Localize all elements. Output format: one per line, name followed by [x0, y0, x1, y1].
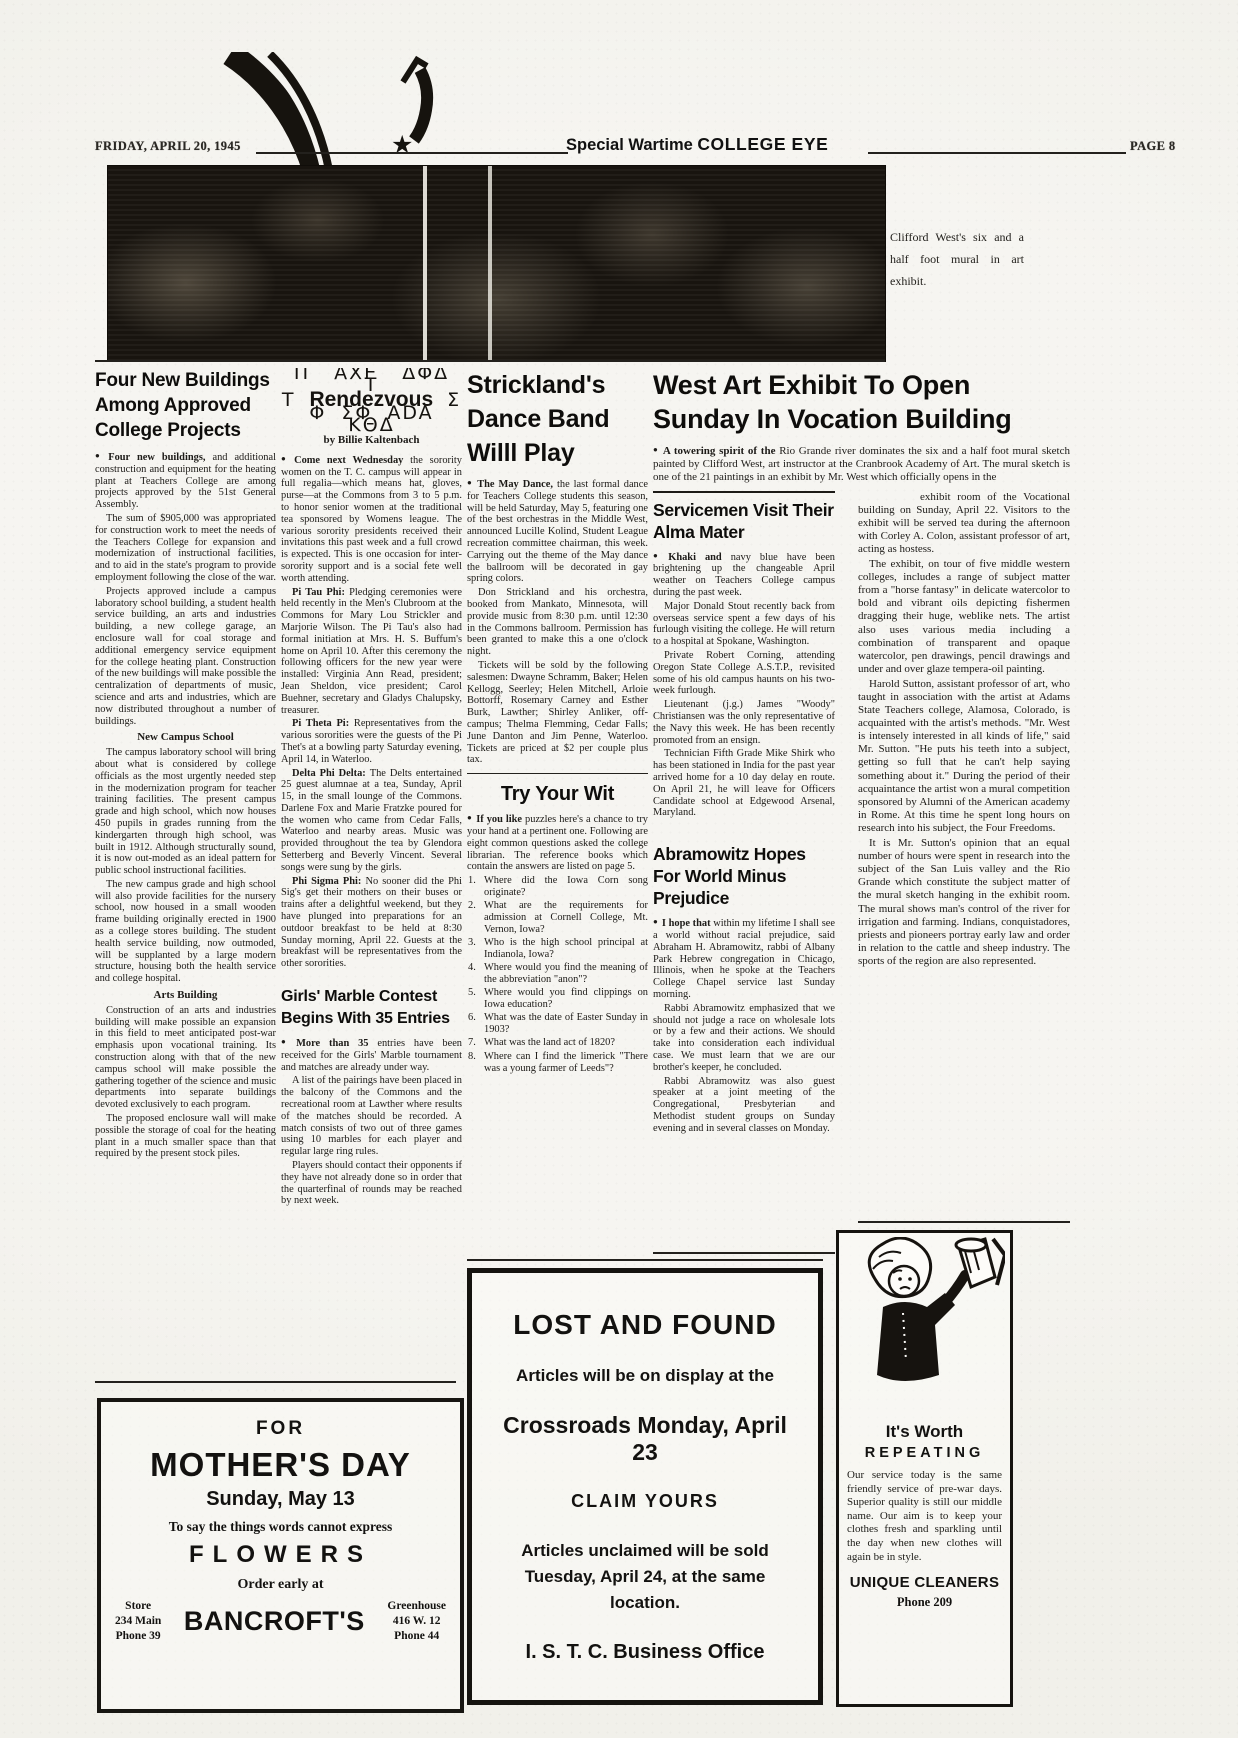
paragraph: Pi Theta Pi: Representatives from the va…: [281, 718, 462, 765]
paragraph: Private Robert Corning, attending Oregon…: [653, 650, 835, 697]
article-headline: Four New Buildings Among Approved Colleg…: [95, 368, 276, 443]
ad-bancrofts-mothers-day: FOR MOTHER'S DAY Sunday, May 13 To say t…: [97, 1398, 464, 1713]
header-rule-right: [868, 152, 1126, 154]
paragraph: Rabbi Abramowitz was also guest speaker …: [653, 1076, 835, 1135]
sub-column-left: Servicemen Visit Their Alma Mater ●Khaki…: [653, 491, 835, 1137]
bullet-icon: ●: [281, 454, 290, 463]
greek-line-3: Φ ΣΦ ADA ΚΘΔ: [281, 408, 462, 432]
bullet-icon: ●: [467, 478, 473, 487]
question-item: What was the date of Easter Sunday in 19…: [467, 1012, 648, 1036]
ad-headline: LOST AND FOUND: [492, 1309, 798, 1341]
paragraph: The new campus grade and high school wil…: [95, 879, 276, 985]
article-headline-marble: Girls' Marble Contest Begins With 35 Ent…: [281, 986, 462, 1029]
greek-letter-left: Τ: [282, 395, 296, 407]
page-number: PAGE 8: [1130, 139, 1176, 154]
paragraph: ●Come next Wednesday the sorority women …: [281, 453, 462, 585]
paragraph: A list of the pairings have been placed …: [281, 1075, 462, 1158]
paragraph: ●I hope that within my lifetime I shall …: [653, 916, 835, 1001]
ad-greenhouse-info: Greenhouse 416 W. 12 Phone 44: [387, 1599, 446, 1644]
ad-body: Our service today is the same friendly s…: [847, 1469, 1002, 1564]
article-west-exhibit: West Art Exhibit To Open Sunday In Vocat…: [653, 368, 1070, 1248]
mural-photo: [108, 166, 885, 361]
article-headline-wit: Try Your Wit: [467, 782, 648, 806]
ad-product: FLOWERS: [101, 1541, 460, 1569]
column-end-rule: [95, 1381, 456, 1383]
bullet-icon: ●: [653, 551, 664, 560]
ad-phone: Phone 209: [847, 1595, 1002, 1610]
paragraph: ●If you like puzzles here's a chance to …: [467, 812, 648, 873]
paragraph: Major Donald Stout recently back from ov…: [653, 601, 835, 648]
ad-line: Crossroads Monday, April 23: [492, 1412, 798, 1466]
sub-column-right: exhibit room of the Vocational building …: [858, 491, 1070, 1137]
paragraph: Phi Sigma Phi: No sooner did the Phi Sig…: [281, 876, 462, 970]
paragraph: Don Strickland and his orchestra, booked…: [467, 587, 648, 658]
sorority-letters: Π ΑΧΕ ΔΦΔ Τ Τ Rendezvous Σ Φ ΣΦ ADA ΚΘΔ: [281, 368, 462, 432]
paragraph: The sum of $905,000 was appropriated for…: [95, 513, 276, 584]
photo-caption: Clifford West's six and a half foot mura…: [890, 226, 1024, 292]
paragraph: ●The May Dance, the last formal dance fo…: [467, 477, 648, 585]
paragraph: The campus laboratory school will bring …: [95, 747, 276, 877]
masthead-kicker: Special Wartime: [566, 136, 693, 154]
bullet-icon: ●: [281, 1037, 292, 1046]
question-list: Where did the Iowa Corn song originate? …: [467, 875, 648, 1074]
question-item: Who is the high school principal at Indi…: [467, 937, 648, 961]
paragraph: ●Four new buildings, and additional cons…: [95, 450, 276, 511]
question-item: What are the requirements for admission …: [467, 900, 648, 935]
ad-tagline: To say the things words cannot express: [101, 1519, 460, 1535]
section-rule: [467, 773, 648, 774]
ad-store-info: Store 234 Main Phone 39: [115, 1599, 161, 1644]
ad-kicker: FOR: [101, 1418, 460, 1440]
column-end-rule: [467, 1259, 823, 1261]
paragraph: Tickets will be sold by the following sa…: [467, 660, 648, 766]
ad-title-line2: REPEATING: [847, 1445, 1002, 1461]
ad-advertiser-name: UNIQUE CLEANERS: [847, 1574, 1002, 1591]
question-item: Where would you find clippings on Iowa e…: [467, 987, 648, 1011]
paragraph: ●More than 35 entries have been received…: [281, 1036, 462, 1073]
ad-unique-cleaners: It's Worth REPEATING Our service today i…: [836, 1230, 1013, 1707]
ad-line: CLAIM YOURS: [492, 1491, 798, 1512]
article-strickland: Strickland's Dance Band Willl Play ●The …: [467, 368, 648, 1264]
bullet-icon: ●: [653, 917, 658, 926]
masthead-title: COLLEGE EYE: [697, 134, 828, 154]
newspaper-page: ★ FRIDAY, APRIL 20, 1945 Special Wartime…: [0, 0, 1238, 1738]
article-four-new-buildings: Four New Buildings Among Approved Colleg…: [95, 368, 276, 1376]
paragraph: Rabbi Abramowitz emphasized that we shou…: [653, 1003, 835, 1074]
bullet-icon: ●: [653, 445, 659, 454]
ad-lost-and-found: LOST AND FOUND Articles will be on displ…: [467, 1268, 823, 1705]
paragraph: Lieutenant (j.g.) James "Woody" Christia…: [653, 699, 835, 746]
question-item: Where would you find the meaning of the …: [467, 962, 648, 986]
paragraph: Projects approved include a campus labor…: [95, 586, 276, 728]
paragraph: Harold Sutton, assistant professor of ar…: [858, 678, 1070, 835]
ad-cta: Order early at: [101, 1577, 460, 1593]
photo-bottom-rule: [95, 360, 885, 362]
column-end-rule: [858, 1221, 1070, 1223]
star-icon: ★: [391, 130, 413, 160]
subhead: Arts Building: [95, 990, 276, 1002]
section-rule: [653, 491, 835, 493]
ad-line: Articles unclaimed will be sold Tuesday,…: [492, 1538, 798, 1616]
paragraph: Construction of an arts and industries b…: [95, 1005, 276, 1111]
ad-advertiser-name: BANCROFT'S: [184, 1606, 365, 1637]
question-item: What was the land act of 1820?: [467, 1037, 648, 1049]
ad-date: Sunday, May 13: [101, 1488, 460, 1511]
ad-line: Articles will be on display at the: [492, 1366, 798, 1386]
paragraph: exhibit room of the Vocational building …: [858, 491, 1070, 556]
paragraph: The proposed enclosure wall will make po…: [95, 1113, 276, 1160]
article-rendezvous: Π ΑΧΕ ΔΦΔ Τ Τ Rendezvous Σ Φ ΣΦ ADA ΚΘΔ …: [281, 368, 462, 1376]
article-headline: West Art Exhibit To Open Sunday In Vocat…: [653, 368, 1070, 436]
date-line: FRIDAY, APRIL 20, 1945: [95, 139, 241, 154]
greek-letter-right: Σ: [447, 395, 461, 407]
bullet-icon: ●: [95, 451, 104, 460]
lead-paragraph: ●A towering spirit of the Rio Grande riv…: [653, 443, 1070, 485]
subhead: New Campus School: [95, 732, 276, 744]
paragraph: Delta Phi Delta: The Delts entertained 2…: [281, 768, 462, 874]
bullet-icon: ●: [467, 813, 472, 822]
column-end-rule: [653, 1252, 835, 1254]
question-item: Where did the Iowa Corn song originate?: [467, 875, 648, 899]
question-item: Where can I find the limerick "There was…: [467, 1051, 648, 1075]
ad-advertiser-name: I. S. T. C. Business Office: [492, 1641, 798, 1664]
abramowitz-headline: Abramowitz Hopes For World Minus Prejudi…: [653, 843, 835, 909]
ribbon-graphic: [175, 52, 475, 174]
paragraph: ●Khaki and navy blue have been brighteni…: [653, 550, 835, 599]
ad-title-line1: It's Worth: [847, 1422, 1002, 1442]
paragraph: Pi Tau Phi: Pledging ceremonies were hel…: [281, 587, 462, 717]
paragraph: Technician Fifth Grade Mike Shirk who ha…: [653, 748, 835, 819]
byline: by Billie Kaltenbach: [281, 435, 462, 447]
paragraph: The exhibit, on tour of five middle west…: [858, 558, 1070, 676]
ad-headline: MOTHER'S DAY: [101, 1446, 460, 1484]
paragraph: It is Mr. Sutton's opinion that an equal…: [858, 837, 1070, 968]
paragraph: Players should contact their opponents i…: [281, 1160, 462, 1207]
masthead: Special Wartime COLLEGE EYE: [566, 134, 828, 155]
header-rule-left: [256, 152, 568, 154]
article-headline: Strickland's Dance Band Willl Play: [467, 368, 648, 470]
servicemen-headline: Servicemen Visit Their Alma Mater: [653, 499, 835, 543]
cleaners-cartoon: [847, 1237, 1005, 1415]
